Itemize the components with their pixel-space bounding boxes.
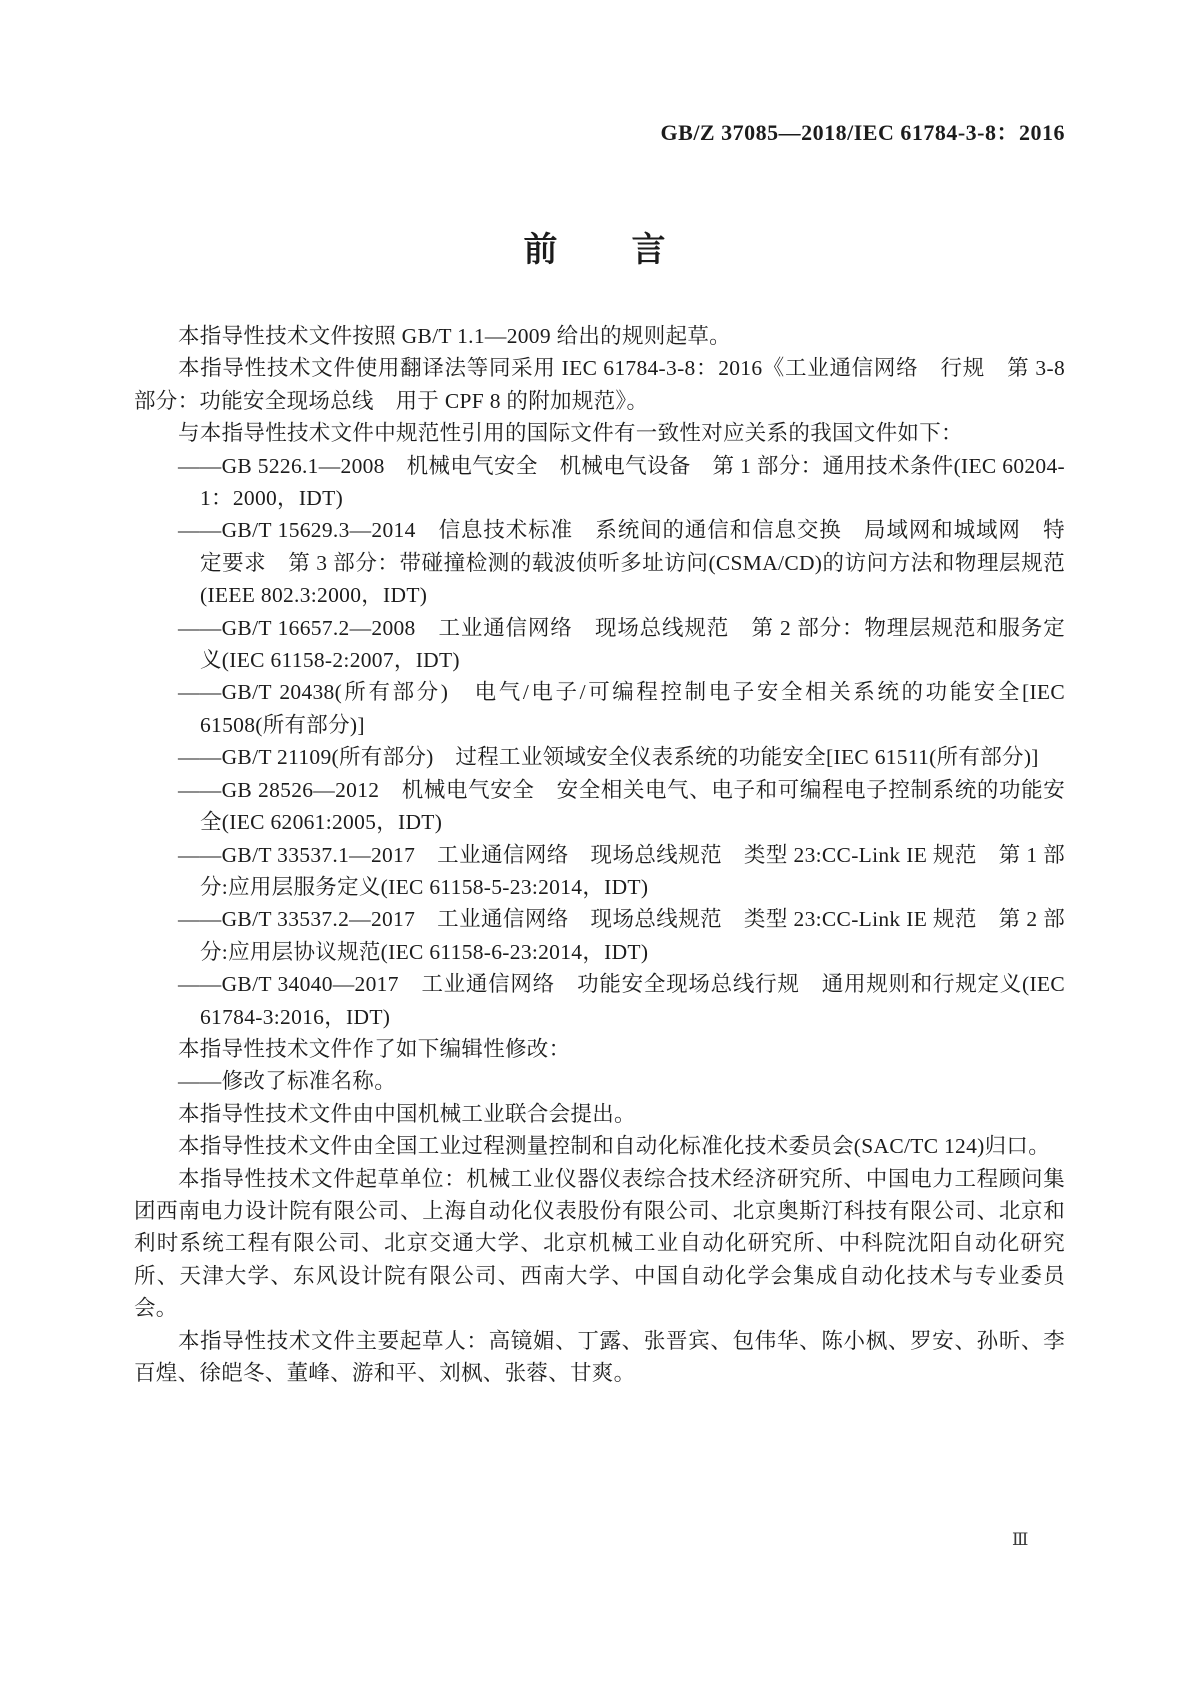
reference-list-item: ——GB/T 20438(所有部分) 电气/电子/可编程控制电子安全相关系统的功… bbox=[134, 676, 1065, 741]
reference-list-item: ——GB 28526—2012 机械电气安全 安全相关电气、电子和可编程电子控制… bbox=[134, 774, 1065, 839]
paragraph: 本指导性技术文件起草单位：机械工业仪器仪表综合技术经济研究所、中国电力工程顾问集… bbox=[134, 1163, 1065, 1325]
reference-list-item: ——修改了标准名称。 bbox=[134, 1065, 1065, 1097]
reference-list-item: ——GB/T 34040—2017 工业通信网络 功能安全现场总线行规 通用规则… bbox=[134, 968, 1065, 1033]
reference-list-item: ——GB/T 16657.2—2008 工业通信网络 现场总线规范 第 2 部分… bbox=[134, 612, 1065, 677]
page-title: 前 言 bbox=[0, 222, 1191, 271]
paragraph: 本指导性技术文件主要起草人：高镜媚、丁露、张晋宾、包伟华、陈小枫、罗安、孙昕、李… bbox=[134, 1325, 1065, 1390]
document-page: GB/Z 37085—2018/IEC 61784-3-8：2016 前 言 本… bbox=[0, 0, 1191, 1684]
paragraph: 本指导性技术文件作了如下编辑性修改： bbox=[134, 1033, 1065, 1065]
reference-list-item: ——GB/T 33537.2—2017 工业通信网络 现场总线规范 类型 23:… bbox=[134, 903, 1065, 968]
reference-list-item: ——GB 5226.1—2008 机械电气安全 机械电气设备 第 1 部分：通用… bbox=[134, 450, 1065, 515]
paragraph: 本指导性技术文件使用翻译法等同采用 IEC 61784-3-8：2016《工业通… bbox=[134, 352, 1065, 417]
paragraph: 与本指导性技术文件中规范性引用的国际文件有一致性对应关系的我国文件如下： bbox=[134, 417, 1065, 449]
reference-list-item: ——GB/T 15629.3—2014 信息技术标准 系统间的通信和信息交换 局… bbox=[134, 514, 1065, 611]
paragraph: 本指导性技术文件按照 GB/T 1.1—2009 给出的规则起草。 bbox=[134, 320, 1065, 352]
standard-number-header: GB/Z 37085—2018/IEC 61784-3-8：2016 bbox=[134, 116, 1065, 147]
reference-list-item: ——GB/T 33537.1—2017 工业通信网络 现场总线规范 类型 23:… bbox=[134, 839, 1065, 904]
paragraph: 本指导性技术文件由全国工业过程测量控制和自动化标准化技术委员会(SAC/TC 1… bbox=[134, 1130, 1065, 1162]
reference-list-item: ——GB/T 21109(所有部分) 过程工业领域安全仪表系统的功能安全[IEC… bbox=[134, 741, 1065, 773]
page-number: Ⅲ bbox=[1012, 1530, 1028, 1550]
foreword-body: 本指导性技术文件按照 GB/T 1.1—2009 给出的规则起草。本指导性技术文… bbox=[134, 320, 1065, 1389]
paragraph: 本指导性技术文件由中国机械工业联合会提出。 bbox=[134, 1098, 1065, 1130]
